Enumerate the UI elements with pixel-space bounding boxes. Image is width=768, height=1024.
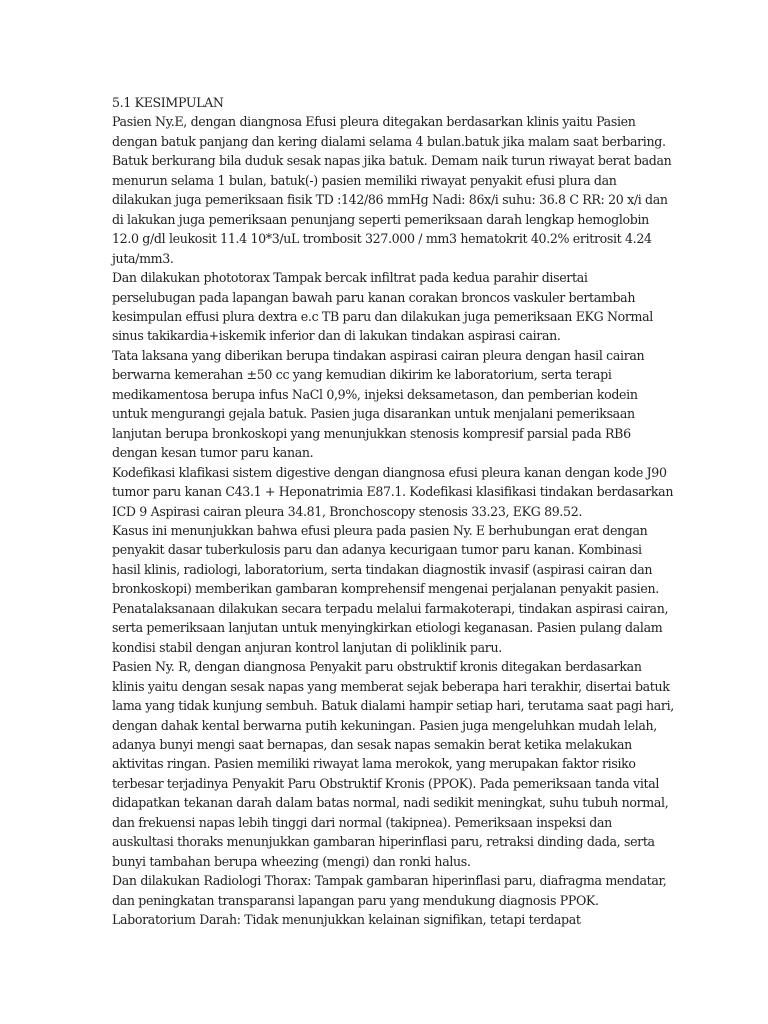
text-line: Batuk berkurang bila duduk sesak napas j…	[112, 151, 672, 170]
text-line: lanjutan berupa bronkoskopi yang menunju…	[112, 424, 672, 443]
text-line: dengan batuk panjang dan kering dialami …	[112, 132, 672, 151]
text-line: terbesar terjadinya Penyakit Paru Obstru…	[112, 774, 672, 793]
text-line: Dan dilakukan phototorax Tampak bercak i…	[112, 268, 672, 287]
text-line: medikamentosa berupa infus NaCl 0,9%, in…	[112, 385, 672, 404]
text-line: kesimpulan effusi plura dextra e.c TB pa…	[112, 307, 672, 326]
document-page: 5.1 KESIMPULAN Pasien Ny.E, dengan diang…	[112, 93, 672, 929]
text-line: tumor paru kanan C43.1 + Heponatrimia E8…	[112, 482, 672, 501]
text-line: kondisi stabil dengan anjuran kontrol la…	[112, 638, 672, 657]
text-line: 12.0 g/dl leukosit 11.4 10*3/uL trombosi…	[112, 229, 672, 248]
text-line: didapatkan tekanan darah dalam batas nor…	[112, 793, 672, 812]
text-line: Pasien Ny. R, dengan diangnosa Penyakit …	[112, 657, 672, 676]
text-line: dengan kesan tumor paru kanan.	[112, 443, 672, 462]
document-body: Pasien Ny.E, dengan diangnosa Efusi pleu…	[112, 112, 672, 929]
text-line: klinis yaitu dengan sesak napas yang mem…	[112, 677, 672, 696]
text-line: perselubugan pada lapangan bawah paru ka…	[112, 288, 672, 307]
text-line: Laboratorium Darah: Tidak menunjukkan ke…	[112, 910, 672, 929]
text-line: aktivitas ringan. Pasien memiliki riwaya…	[112, 754, 672, 773]
text-line: Penatalaksanaan dilakukan secara terpadu…	[112, 599, 672, 618]
text-line: auskultasi thoraks menunjukkan gambaran …	[112, 832, 672, 851]
text-line: Tata laksana yang diberikan berupa tinda…	[112, 346, 672, 365]
text-line: bronkoskopi) memberikan gambaran kompreh…	[112, 579, 672, 598]
text-line: dengan dahak kental berwarna putih kekun…	[112, 716, 672, 735]
text-line: serta pemeriksaan lanjutan untuk menying…	[112, 618, 672, 637]
text-line: menurun selama 1 bulan, batuk(-) pasien …	[112, 171, 672, 190]
section-heading: 5.1 KESIMPULAN	[112, 93, 672, 112]
text-line: berwarna kemerahan ±50 cc yang kemudian …	[112, 365, 672, 384]
text-line: Dan dilakukan Radiologi Thorax: Tampak g…	[112, 871, 672, 890]
text-line: Pasien Ny.E, dengan diangnosa Efusi pleu…	[112, 112, 672, 131]
text-line: juta/mm3.	[112, 249, 672, 268]
text-line: dan frekuensi napas lebih tinggi dari no…	[112, 813, 672, 832]
text-line: untuk mengurangi gejala batuk. Pasien ju…	[112, 404, 672, 423]
text-line: Kodefikasi klafikasi sistem digestive de…	[112, 463, 672, 482]
text-line: penyakit dasar tuberkulosis paru dan ada…	[112, 540, 672, 559]
text-line: sinus takikardia+iskemik inferior dan di…	[112, 326, 672, 345]
text-line: lama yang tidak kunjung sembuh. Batuk di…	[112, 696, 672, 715]
text-line: di lakukan juga pemeriksaan penunjang se…	[112, 210, 672, 229]
text-line: adanya bunyi mengi saat bernapas, dan se…	[112, 735, 672, 754]
text-line: ICD 9 Aspirasi cairan pleura 34.81, Bron…	[112, 502, 672, 521]
text-line: dilakukan juga pemeriksaan fisik TD :142…	[112, 190, 672, 209]
text-line: Kasus ini menunjukkan bahwa efusi pleura…	[112, 521, 672, 540]
text-line: bunyi tambahan berupa wheezing (mengi) d…	[112, 852, 672, 871]
text-line: dan peningkatan transparansi lapangan pa…	[112, 891, 672, 910]
text-line: hasil klinis, radiologi, laboratorium, s…	[112, 560, 672, 579]
